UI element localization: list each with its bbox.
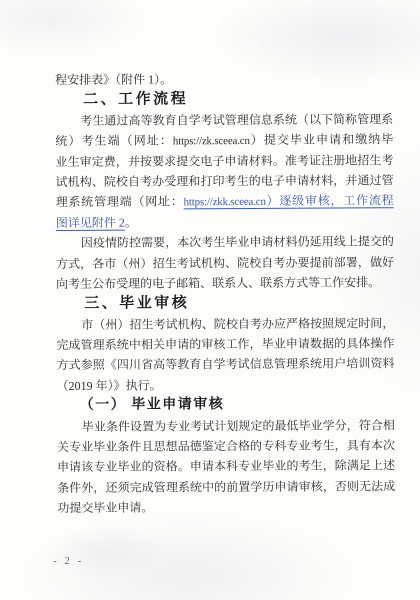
text-line: 程安排表》（附件 1）。 [55,68,393,90]
section-heading: 三、毕业审核 [56,293,394,315]
text-line: 完成管理系统中相关申请的审核工作，毕业申请数据的具体操作 [56,333,394,355]
text-segment: 二、工作流程 [83,91,188,109]
text-line: 图详见附件 2。 [56,211,394,233]
text-segment: 三、毕业审核 [84,295,189,313]
hyperlink-text[interactable]: https://zkk.sceea.cn [184,196,266,208]
text-line: 条件外，还须完成管理系统中的前置学历申请审核，否则无法成 [57,476,395,498]
text-line: 因疫情防控需要，本次考生毕业申请材料仍延用线上提交的 [56,231,394,253]
text-segment: 程安排表》（附件 1）。 [55,72,172,87]
text-segment: 方式，各市（州）招生考试机构、院校自考办要提前部署，做好 [56,255,394,271]
text-segment: 考生通过高等教育自学考试管理信息系统（以下简称管理系 [80,112,393,128]
text-line: 统）考生端（网址：https://zk.sceea.cn）提交毕业申请和缴纳毕 [55,129,393,151]
text-segment: 毕业条件设置为专业考试计划规定的最低毕业学分，符合相 [82,418,395,434]
text-segment: 条件外，还须完成管理系统中的前置学历申请审核，否则无法成 [57,479,395,495]
text-line: 市（州）招生考试机构、院校自考办应严格按照规定时间， [56,313,394,335]
page-number: - 2 - [53,555,84,567]
text-line: 业生审定费，并按要求提交电子申请材料。准考证注册地招生考 [55,150,393,172]
text-line: 毕业条件设置为专业考试计划规定的最低毕业学分，符合相 [57,415,395,437]
text-line: 方式参照《四川省高等教育自学考试信息管理系统用户培训资料 [56,354,394,376]
text-segment: 向考生公布受理的电子邮箱、联系人、联系方式等工作安排。 [56,275,380,291]
text-segment: 功提交毕业申请。 [57,501,153,516]
text-line: 考生通过高等教育自学考试管理信息系统（以下简称管理系 [55,109,393,131]
hyperlink-text[interactable]: 图详见附件 2 [56,215,125,229]
text-segment: 。 [125,215,137,229]
text-segment: 理系统管理端（网址： [56,195,184,210]
text-segment: （2019 年）》执行。 [57,378,162,393]
text-line: 申请该专业毕业的资格。申请本科专业毕业的考生，除满足上述 [57,456,395,478]
scanned-page: 程安排表》（附件 1）。二、工作流程考生通过高等教育自学考试管理信息系统（以下简… [0,0,420,600]
url-text: https://zk.sceea.cn [173,135,250,147]
text-segment: 方式参照《四川省高等教育自学考试信息管理系统用户培训资料 [57,357,395,373]
text-segment: 市（州）招生考试机构、院校自考办应严格按照规定时间， [81,316,394,332]
text-segment: 业生审定费，并按要求提交电子申请材料。准考证注册地招生考 [55,153,393,169]
hyperlink-text[interactable]: ）逐级审核，工作流程 [266,194,394,209]
text-segment: 试机构、院校自考办受理和打印考生的电子申请材料，并通过管 [56,173,394,189]
text-segment: 完成管理系统中相关申请的审核工作，毕业申请数据的具体操作 [56,336,394,352]
text-line: 试机构、院校自考办受理和打印考生的电子申请材料，并通过管 [56,170,394,192]
text-segment: 统）考生端（网址： [55,134,173,149]
text-line: 向考生公布受理的电子邮箱、联系人、联系方式等工作安排。 [56,272,394,294]
text-segment: 关专业毕业条件且思想品德鉴定合格的专科专业考生，具有本次 [57,438,395,454]
text-line: 方式，各市（州）招生考试机构、院校自考办要提前部署，做好 [56,252,394,274]
text-segment: 因疫情防控需要，本次考生毕业申请材料仍延用线上提交的 [81,234,394,250]
text-line: 关专业毕业条件且思想品德鉴定合格的专科专业考生，具有本次 [57,435,395,457]
text-segment: （一） 毕业申请审核 [80,397,225,413]
section-heading: 二、工作流程 [55,89,393,111]
sub-section-heading: （一） 毕业申请审核 [57,394,395,416]
text-line: （2019 年）》执行。 [57,374,395,396]
text-line: 功提交毕业申请。 [57,496,395,518]
text-line: 理系统管理端（网址：https://zkk.sceea.cn）逐级审核，工作流程 [56,191,394,213]
text-segment: ）提交毕业申请和缴纳毕 [250,132,394,147]
document-body: 程安排表》（附件 1）。二、工作流程考生通过高等教育自学考试管理信息系统（以下简… [55,68,395,518]
text-segment: 申请该专业毕业的资格。申请本科专业毕业的考生，除满足上述 [57,459,395,475]
